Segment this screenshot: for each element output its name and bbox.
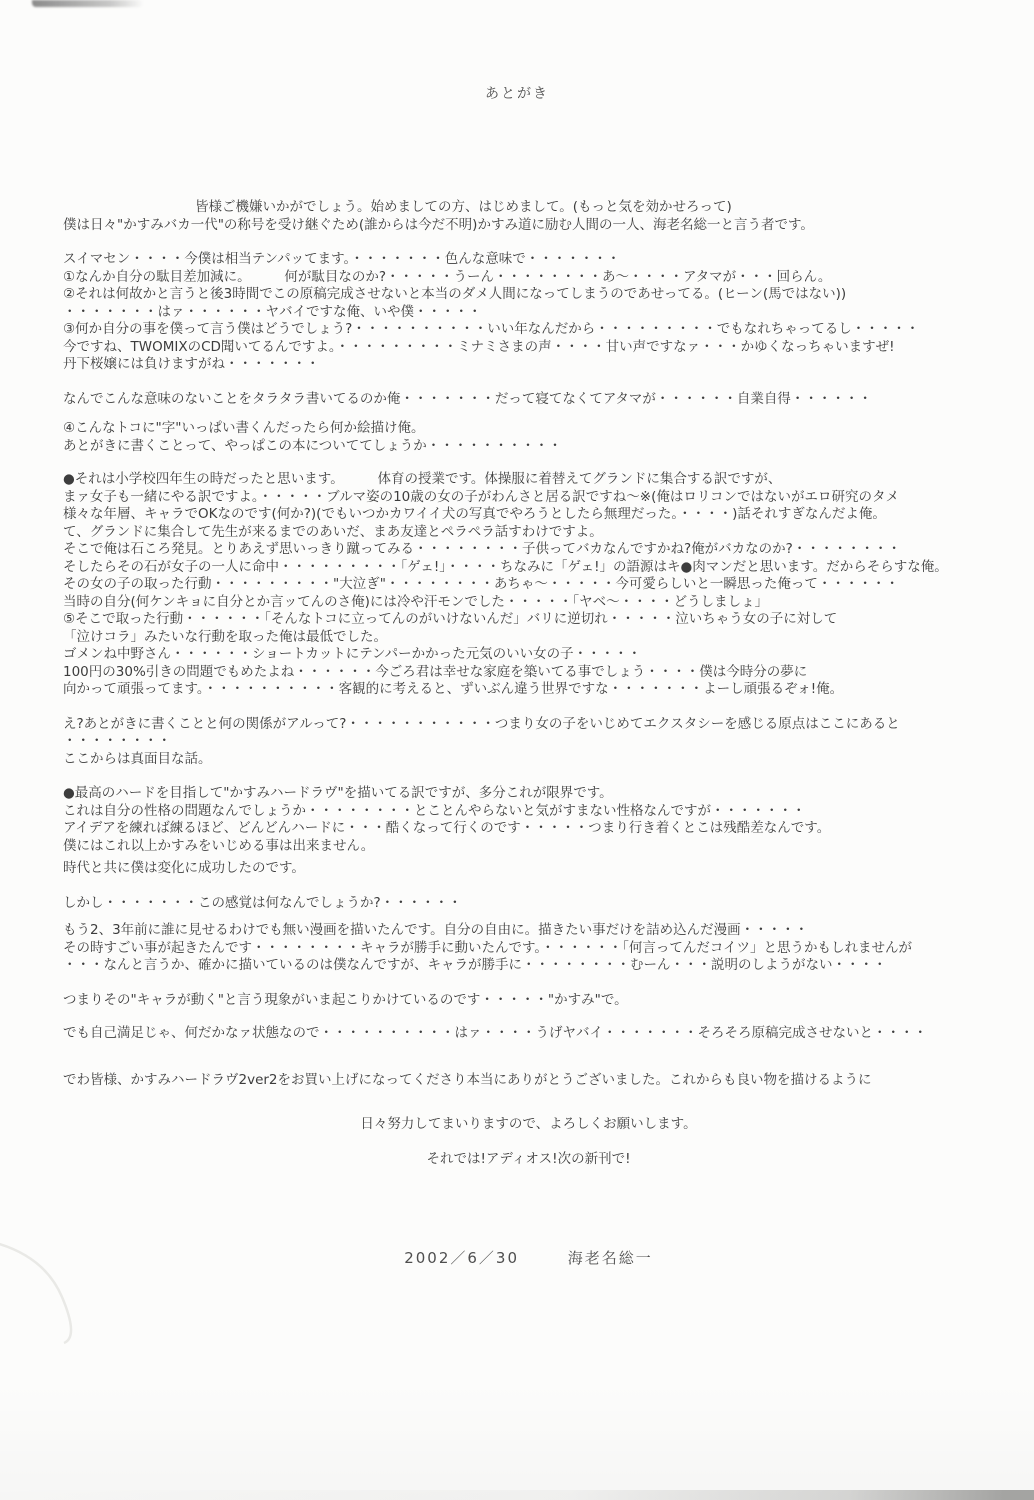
- paragraph-effort: 日々努力してまいりますので、よろしくお願いします。: [63, 1116, 994, 1134]
- paragraph-hard-love: ●最高のハードを目指して"かすみハードラヴ"を描いてる訳ですが、多分これが限界で…: [63, 785, 994, 855]
- scan-artifact-bottom-shade: [0, 1380, 1034, 1500]
- text-line: あとがきに書くことって、やっぱこの本についててしょうか・・・・・・・・・・: [63, 438, 994, 456]
- text-line: ②それは何故かと言うと後3時間でこの原稿完成させないと本当のダメ人間になってしま…: [63, 286, 994, 304]
- paragraph-about-book: ④こんなトコに"字"いっぱい書くんだったら何か絵描け俺。 あとがきに書くことって…: [63, 420, 994, 455]
- text-line: ④こんなトコに"字"いっぱい書くんだったら何か絵描け俺。: [63, 420, 994, 438]
- text-line: アイデアを練れば練るほど、どんどんハードに・・・酷くなって行くのです・・・・・つ…: [63, 820, 994, 838]
- paragraph-panic: スイマセン・・・・今僕は相当テンパッてます。・・・・・・・色んな意味で・・・・・…: [63, 251, 994, 374]
- text-line: 100円の30%引きの問題でもめたよね・・・・・・今ごろ君は幸せな家庭を築いてる…: [63, 664, 994, 682]
- author-signature: 海老名総一: [568, 1249, 653, 1267]
- paragraph-greeting: 皆様ご機嫌いかがでしょう。始めましての方、はじめまして。(もっと気を効かせろって…: [63, 199, 994, 234]
- publication-date: 2002／6／30: [404, 1249, 519, 1267]
- paragraph-thanks: でわ皆様、かすみハードラヴ2ver2をお買い上げになってくださり本当にありがとう…: [63, 1072, 994, 1090]
- text-line: その時すごい事が起きたんです・・・・・・・・キャラが勝手に動いたんです。・・・・…: [63, 940, 994, 958]
- text-line: ⑤そこで取った行動・・・・・・「そんなトコに立ってんのがいけないんだ」バリに逆切…: [63, 611, 994, 629]
- text-line: ・・・なんと言うか、確かに描いているのは僕なんですが、キャラが勝手に・・・・・・…: [63, 957, 994, 975]
- text-line: そしたらその石が女子の一人に命中・・・・・・・・・「ゲェ!」・・・・ちなみに「ゲ…: [63, 559, 994, 577]
- text-line: 時代と共に僕は変化に成功したのです。: [63, 860, 994, 878]
- colophon: 2002／6／30 海老名総一: [63, 1250, 994, 1268]
- paragraph-however: しかし・・・・・・・この感覚は何なんでしょうか?・・・・・・: [63, 895, 994, 913]
- text-line: 僕にはこれ以上かすみをいじめる事は出来ません。: [63, 838, 994, 856]
- text-line: ③何か自分の事を僕って言う僕はどうでしょう?・・・・・・・・・・いい年なんだから…: [63, 321, 994, 339]
- paragraph-origin: え?あとがきに書くことと何の関係がアルって?・・・・・・・・・・・つまり女の子を…: [63, 716, 994, 769]
- paragraph-self-satisfaction: でも自己満足じゃ、何だかなァ状態なので・・・・・・・・・・はァ・・・・うげヤバイ…: [63, 1025, 994, 1043]
- text-line: もう2、3年前に誰に見せるわけでも無い漫画を描いたんです。自分の自由に。描きたい…: [63, 922, 994, 940]
- text-line: なんでこんな意味のないことをタラタラ書いてるのか俺・・・・・・・だって寝てなくて…: [63, 391, 994, 409]
- afterword-body: 皆様ご機嫌いかがでしょう。始めましての方、はじめまして。(もっと気を効かせろって…: [0, 199, 1034, 1268]
- paragraph-characters-move: つまりその"キャラが動く"と言う現象がいま起こりかけているのです・・・・・"かす…: [63, 992, 994, 1010]
- text-line: ゴメンね中野さん・・・・・・ショートカットにテンパーかかった元気のいい女の子・・…: [63, 646, 994, 664]
- text-line: 当時の自分(何ケンキョに自分とか言ッてんのさ俺)には冷や汗モンでした・・・・・「…: [63, 594, 994, 612]
- paragraph-school-story: ●それは小学校四年生の時だったと思います。 体育の授業です。体操服に着替えてグラ…: [63, 471, 994, 699]
- text-line: 日々努力してまいりますので、よろしくお願いします。: [63, 1116, 994, 1134]
- text-line: ●最高のハードを目指して"かすみハードラヴ"を描いてる訳ですが、多分これが限界で…: [63, 785, 994, 803]
- text-line: でわ皆様、かすみハードラヴ2ver2をお買い上げになってくださり本当にありがとう…: [63, 1072, 994, 1090]
- text-line: 向かって頑張ってます。・・・・・・・・・・客観的に考えると、ずいぶん違う世界です…: [63, 681, 994, 699]
- text-line: ・・・・・・・・: [63, 733, 994, 751]
- text-line: つまりその"キャラが動く"と言う現象がいま起こりかけているのです・・・・・"かす…: [63, 992, 994, 1010]
- text-line: 今ですね、TWOMIXのCD聞いてるんですよ。・・・・・・・・・ミナミさまの声・…: [63, 339, 994, 357]
- paragraph-change: 時代と共に僕は変化に成功したのです。: [63, 860, 994, 878]
- text-line: ・・・・・・・はァ・・・・・・ヤバイですな俺、いや僕・・・・・: [63, 304, 994, 322]
- text-line: ①なんか自分の駄目差加減に。 何が駄目なのか?・・・・・うーん・・・・・・・・あ…: [63, 269, 994, 287]
- text-line: 様々な年層、キャラでOKなのです(何か?)(でもいつかカワイイ犬の写真でやろうと…: [63, 506, 994, 524]
- page-title: あとがき: [0, 0, 1034, 103]
- text-line: 僕は日々"かすみバカ一代"の称号を受け継ぐため(誰からは今だ不明)かすみ道に励む…: [63, 217, 994, 235]
- text-line: まァ女子も一緒にやる訳ですよ。・・・・・ブルマ姿の10歳の女の子がわんさと居る訳…: [63, 489, 994, 507]
- text-line: しかし・・・・・・・この感覚は何なんでしょうか?・・・・・・: [63, 895, 994, 913]
- text-line: 皆様ご機嫌いかがでしょう。始めましての方、はじめまして。(もっと気を効かせろって…: [63, 199, 994, 217]
- text-line: これは自分の性格の問題なんでしょうか・・・・・・・・とことんやらないと気がすまな…: [63, 803, 994, 821]
- text-line: 丹下桜嬢には負けますがね・・・・・・・: [63, 356, 994, 374]
- text-line: それでは!アディオス!次の新刊で!: [63, 1151, 994, 1169]
- text-line: その女の子の取った行動・・・・・・・・・"大泣ぎ"・・・・・・・・あちゃ～・・・…: [63, 576, 994, 594]
- scanned-afterword-page: あとがき 皆様ご機嫌いかがでしょう。始めましての方、はじめまして。(もっと気を効…: [0, 0, 1034, 1500]
- text-line: そこで俺は石ころ発見。とりあえず思いっきり蹴ってみる・・・・・・・・子供ってバカ…: [63, 541, 994, 559]
- text-line: ここからは真面目な話。: [63, 751, 994, 769]
- text-line: でも自己満足じゃ、何だかなァ状態なので・・・・・・・・・・はァ・・・・うげヤバイ…: [63, 1025, 994, 1043]
- scan-artifact-top-smudge: [32, 0, 144, 7]
- text-line: ●それは小学校四年生の時だったと思います。 体育の授業です。体操服に着替えてグラ…: [63, 471, 994, 489]
- scan-artifact-bottom-band: [0, 1490, 1034, 1500]
- text-line: て、グランドに集合して先生が来るまでのあいだ、まあ友達とペラペラ話すわけですよ。: [63, 524, 994, 542]
- paragraph-adios: それでは!アディオス!次の新刊で!: [63, 1151, 994, 1169]
- paragraph-rambling: なんでこんな意味のないことをタラタラ書いてるのか俺・・・・・・・だって寝てなくて…: [63, 391, 994, 409]
- text-line: え?あとがきに書くことと何の関係がアルって?・・・・・・・・・・・つまり女の子を…: [63, 716, 994, 734]
- paragraph-old-manga: もう2、3年前に誰に見せるわけでも無い漫画を描いたんです。自分の自由に。描きたい…: [63, 922, 994, 975]
- text-line: 「泣けコラ」みたいな行動を取った俺は最低でした。: [63, 629, 994, 647]
- text-line: スイマセン・・・・今僕は相当テンパッてます。・・・・・・・色んな意味で・・・・・…: [63, 251, 994, 269]
